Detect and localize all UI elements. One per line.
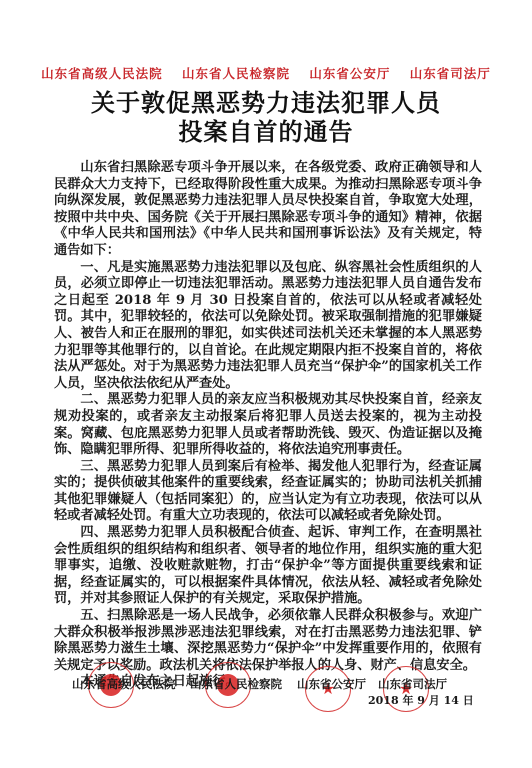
paragraph-preamble: 山东省扫黑除恶专项斗争开展以来，在各级党委、政府正确领导和人民群众大力支持下，已… — [54, 160, 482, 260]
org-justice-department: 山东省司法厅 — [410, 64, 491, 82]
paragraph-item-2: 二、黑恶势力犯罪人员的亲友应当积极规劝其尽快投案自首，经亲友规劝投案的，或者亲友… — [54, 392, 482, 458]
org-procuratorate: 山东省人民检察院 — [182, 64, 290, 82]
document-title-line-1: 关于敦促黑恶势力违法犯罪人员 — [0, 88, 532, 118]
issue-date: 2018 年 9 月 14 日 — [368, 692, 474, 708]
signer-high-court: 山东省高级人民法院 — [72, 676, 176, 692]
issuing-organizations: 山东省高级人民法院 山东省人民检察院 山东省公安厅 山东省司法厅 — [0, 64, 532, 82]
signer-public-security: 山东省公安厅 — [297, 676, 366, 692]
signature-block: 山东省高级人民法院 山东省人民检察院 ★ 山东省公安厅 ★ 山东省司法厅 201… — [0, 676, 532, 736]
paragraph-item-3: 三、黑恶势力犯罪人员到案后有检举、揭发他人犯罪行为，经查证属实的；提供侦破其他案… — [54, 459, 482, 525]
signer-procuratorate: 山东省人民检察院 — [190, 676, 282, 692]
paragraph-item-4: 四、黑恶势力犯罪人员积极配合侦查、起诉、审判工作，在查明黑社会性质组织的组织结构… — [54, 525, 482, 608]
signer-justice-department: 山东省司法厅 — [378, 676, 447, 692]
paragraph-item-1: 一、凡是实施黑恶势力违法犯罪以及包庇、纵容黑社会性质组织的人员，必须立即停止一切… — [54, 260, 482, 393]
document-title-line-2: 投案自首的通告 — [0, 117, 532, 147]
org-public-security: 山东省公安厅 — [309, 64, 390, 82]
org-high-court: 山东省高级人民法院 — [41, 64, 163, 82]
notice-body: 山东省扫黑除恶专项斗争开展以来，在各级党委、政府正确领导和人民群众大力支持下，已… — [54, 160, 482, 691]
